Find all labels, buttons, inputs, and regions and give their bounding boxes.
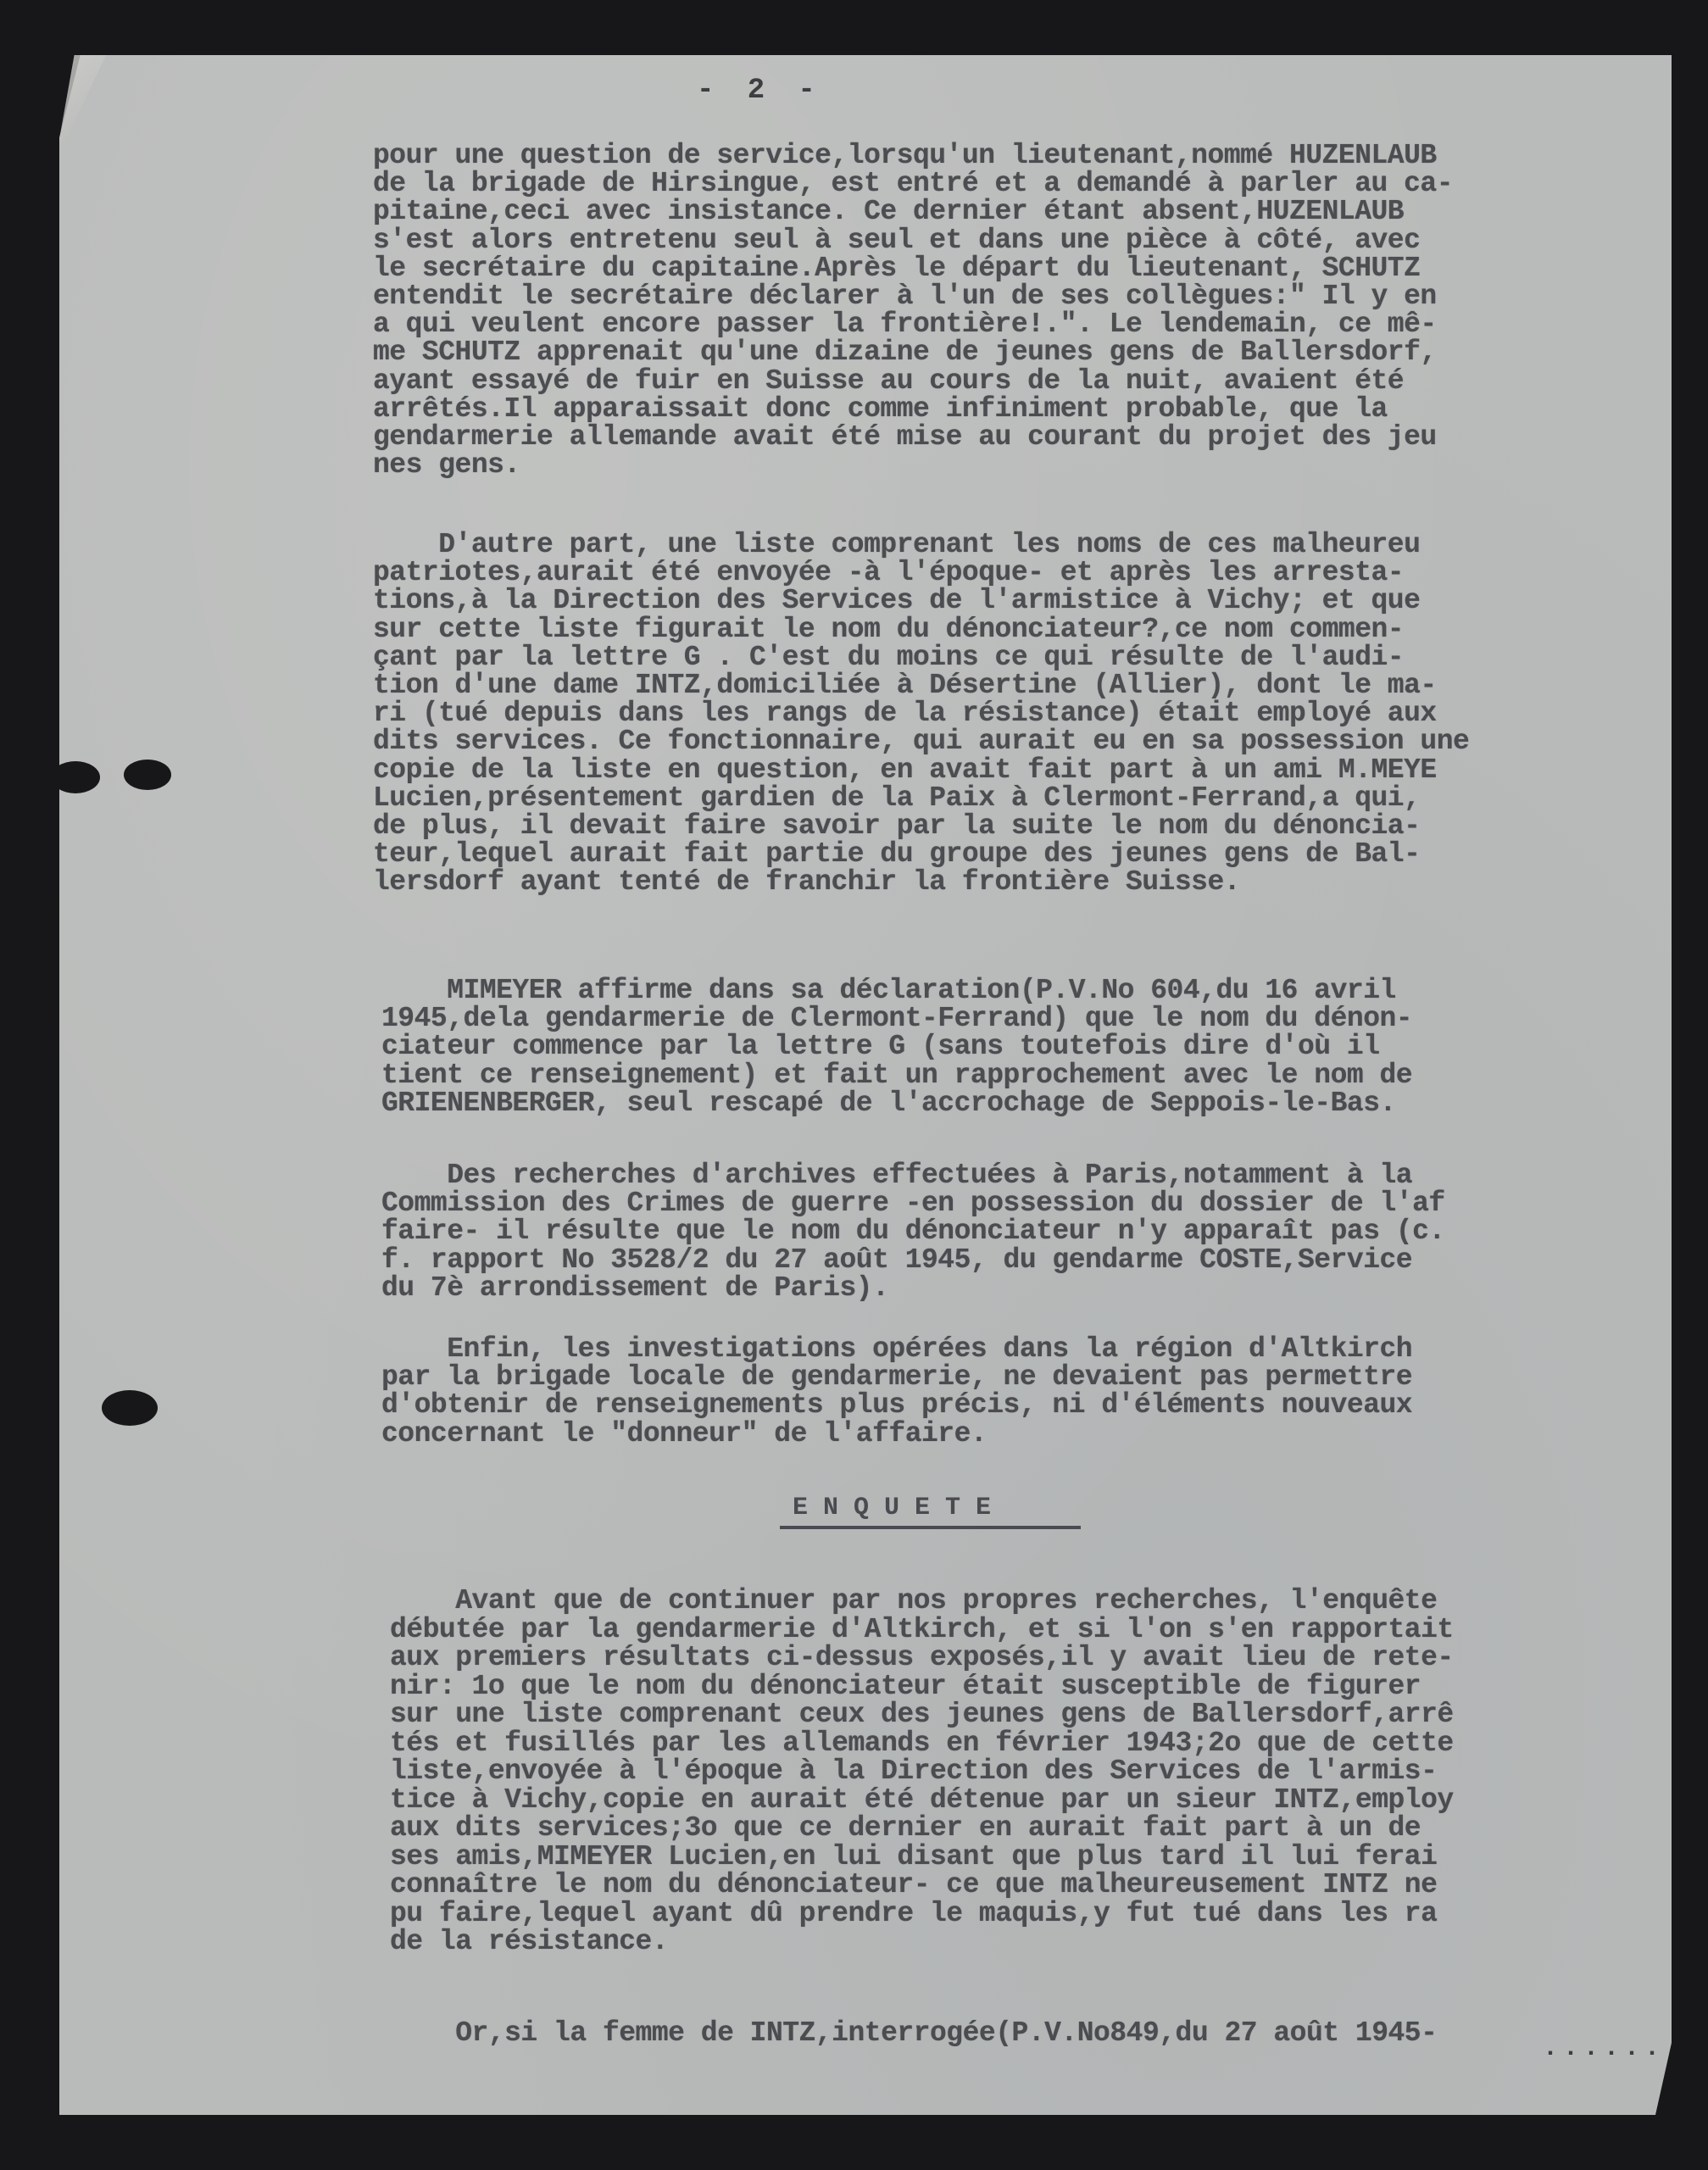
text-line: de la résistance. xyxy=(390,1926,668,1958)
text-line: connaître le nom du dénonciateur- ce que… xyxy=(390,1869,1437,1901)
text-line: Avant que de continuer par nos propres r… xyxy=(390,1585,1437,1617)
text-line: du 7è arrondissement de Paris). xyxy=(381,1272,888,1305)
text-line: lersdorf ayant tenté de franchir la fron… xyxy=(373,866,1240,899)
text-line: sur une liste comprenant ceux des jeunes… xyxy=(390,1699,1454,1731)
text-line: nir: 1o que le nom du dénonciateur était… xyxy=(390,1671,1421,1703)
text-line: tice à Vichy,copie en aurait été détenue… xyxy=(390,1784,1454,1817)
text-line: nes gens. xyxy=(373,449,520,481)
continuation-dots: ...... xyxy=(1543,2034,1665,2063)
text-line: Or,si la femme de INTZ,interrogée(P.V.No… xyxy=(390,2017,1437,2050)
text-line: gendarmerie allemande avait été mise au … xyxy=(373,421,1437,453)
text-line: liste,envoyée à l'époque à la Direction … xyxy=(390,1755,1437,1788)
text-line: pu faire,lequel ayant dû prendre le maqu… xyxy=(390,1898,1437,1930)
page-number: - 2 - xyxy=(697,75,815,107)
text-line: tés et fusillés par les allemands en fév… xyxy=(390,1728,1454,1760)
text-line: débutée par la gendarmerie d'Altkirch, e… xyxy=(390,1614,1454,1646)
text-line: concernant le "donneur" de l'affaire. xyxy=(381,1418,987,1450)
section-heading: ENQUETE xyxy=(793,1494,1006,1522)
text-line: aux premiers résultats ci-dessus exposés… xyxy=(390,1642,1454,1674)
text-line: GRIENENBERGER, seul rescapé de l'accroch… xyxy=(381,1088,1396,1120)
heading-underline xyxy=(780,1526,1081,1529)
text-line: aux dits services;3o que ce dernier en a… xyxy=(390,1812,1421,1844)
typed-text: - 2 - pour une question de service,lorsq… xyxy=(0,0,1708,2170)
text-line: ses amis,MIMEYER Lucien,en lui disant qu… xyxy=(390,1841,1437,1873)
